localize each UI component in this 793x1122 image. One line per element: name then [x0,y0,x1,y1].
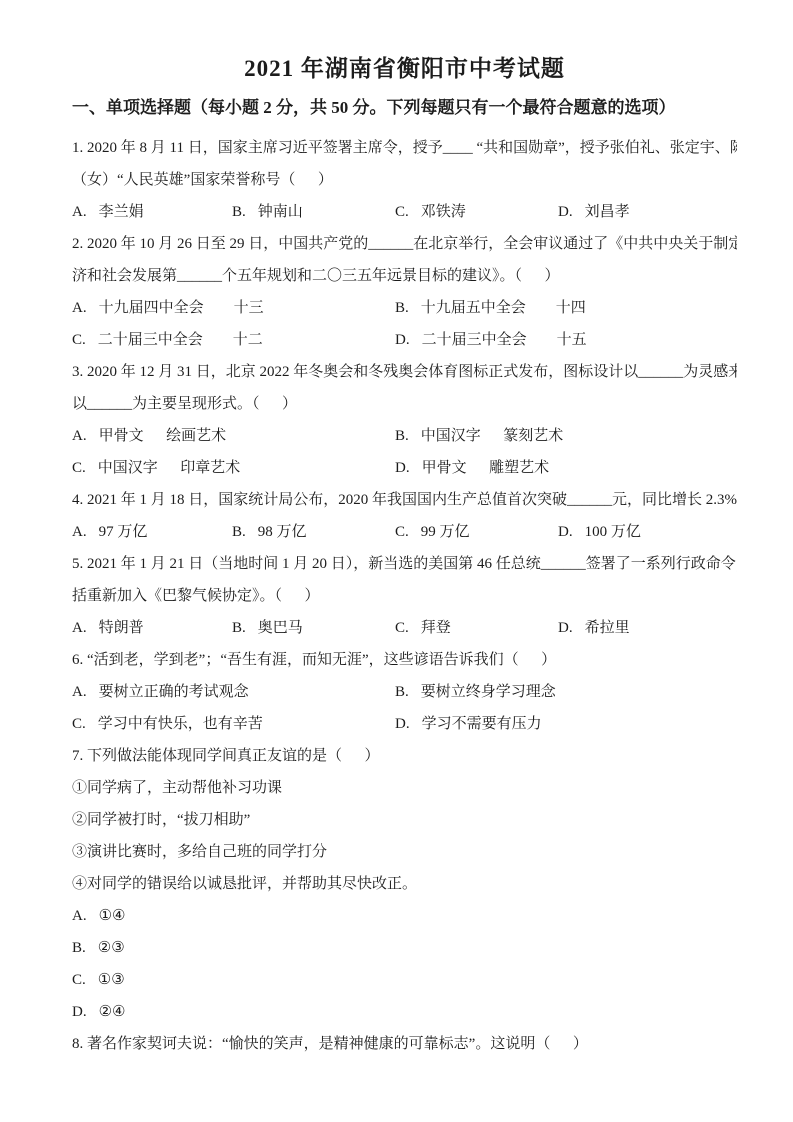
question-1: 1. 2020 年 8 月 11 日，国家主席习近平签署主席令，授予____ “… [72,132,737,228]
option-b: B.奥巴马 [232,612,395,644]
question-8: 8. 著名作家契诃夫说：“愉快的笑声，是精神健康的可靠标志”。这说明（ ） [72,1028,737,1060]
option-label: B. [232,516,246,548]
option-text: 十九届四中全会 十三 [99,292,264,324]
option-label: B. [232,196,246,228]
page-title: 2021 年湖南省衡阳市中考试题 [72,52,737,86]
option-d: D.希拉里 [558,612,737,644]
option-label: D. [395,324,410,356]
option-text: 甲骨文 绘画艺术 [99,420,227,452]
option-d: D.二十届三中全会 十五 [395,324,737,356]
option-text: 98 万亿 [258,516,307,548]
question-1-line-1: 1. 2020 年 8 月 11 日，国家主席习近平签署主席令，授予____ “… [72,132,737,164]
question-4: 4. 2021 年 1 月 18 日，国家统计局公布，2020 年我国国内生产总… [72,484,737,548]
question-5: 5. 2021 年 1 月 21 日（当地时间 1 月 20 日），新当选的美国… [72,548,737,644]
option-label: D. [558,516,573,548]
option-d: D.刘昌孝 [558,196,737,228]
option-text: 99 万亿 [421,516,470,548]
exam-document-page: 2021 年湖南省衡阳市中考试题 一、单项选择题（每小题 2 分，共 50 分。… [0,0,793,1122]
option-c: C.①③ [72,964,737,996]
option-d: D.②④ [72,996,737,1028]
option-label: A. [72,292,87,324]
option-label: B. [395,292,409,324]
question-7-statement-4: ④对同学的错误给以诚恳批评，并帮助其尽快改正。 [72,868,737,900]
option-label: C. [72,324,86,356]
option-text: 要树立正确的考试观念 [99,676,249,708]
option-text: 100 万亿 [585,516,641,548]
option-d: D.甲骨文 雕塑艺术 [395,452,737,484]
option-a: A.要树立正确的考试观念 [72,676,395,708]
option-label: B. [232,612,246,644]
option-label: A. [72,196,87,228]
option-a: A.甲骨文 绘画艺术 [72,420,395,452]
option-label: D. [72,996,87,1028]
question-2-line-2: 济和社会发展第______个五年规划和二〇三五年远景目标的建议》。（ ） [72,260,737,292]
question-1-options: A.李兰娟 B.钟南山 C.邓铁涛 D.刘昌孝 [72,196,737,228]
option-label: A. [72,420,87,452]
option-label: C. [72,452,86,484]
question-4-line-1: 4. 2021 年 1 月 18 日，国家统计局公布，2020 年我国国内生产总… [72,484,737,516]
question-3-line-1: 3. 2020 年 12 月 31 日，北京 2022 年冬奥会和冬残奥会体育图… [72,356,737,388]
option-d: D.学习不需要有压力 [395,708,737,740]
option-a: A.①④ [72,900,737,932]
question-7: 7. 下列做法能体现同学间真正友谊的是（ ） ①同学病了，主动帮他补习功课 ②同… [72,740,737,1028]
option-c: C.二十届三中全会 十二 [72,324,395,356]
option-text: 学习不需要有压力 [422,708,542,740]
question-2-line-1: 2. 2020 年 10 月 26 日至 29 日，中国共产党的______在北… [72,228,737,260]
option-a: A.李兰娟 [72,196,232,228]
option-text: 刘昌孝 [585,196,630,228]
option-text: 中国汉字 印章艺术 [98,452,241,484]
option-text: ②④ [99,996,126,1028]
option-label: D. [395,452,410,484]
option-a: A.十九届四中全会 十三 [72,292,395,324]
option-c: C.中国汉字 印章艺术 [72,452,395,484]
question-6-line-1: 6. “活到老，学到老”；“吾生有涯，而知无涯”，这些谚语告诉我们（ ） [72,644,737,676]
question-2: 2. 2020 年 10 月 26 日至 29 日，中国共产党的______在北… [72,228,737,356]
option-text: 李兰娟 [99,196,144,228]
option-b: B.要树立终身学习理念 [395,676,737,708]
section-heading: 一、单项选择题（每小题 2 分，共 50 分。下列每题只有一个最符合题意的选项） [72,94,737,122]
option-label: D. [558,612,573,644]
option-c: C.拜登 [395,612,558,644]
question-7-statement-1: ①同学病了，主动帮他补习功课 [72,772,737,804]
option-label: C. [395,196,409,228]
question-8-line-1: 8. 著名作家契诃夫说：“愉快的笑声，是精神健康的可靠标志”。这说明（ ） [72,1028,737,1060]
option-a: A.特朗普 [72,612,232,644]
question-1-line-2: （女）“人民英雄”国家荣誉称号（ ） [72,164,737,196]
option-label: D. [558,196,573,228]
option-text: 希拉里 [585,612,630,644]
option-text: 中国汉字 篆刻艺术 [421,420,564,452]
question-3-line-2: 以______为主要呈现形式。（ ） [72,388,737,420]
option-label: B. [395,420,409,452]
question-5-line-1: 5. 2021 年 1 月 21 日（当地时间 1 月 20 日），新当选的美国… [72,548,737,580]
question-7-line-1: 7. 下列做法能体现同学间真正友谊的是（ ） [72,740,737,772]
option-text: 要树立终身学习理念 [421,676,556,708]
option-label: A. [72,900,87,932]
option-label: C. [72,964,86,996]
option-label: C. [395,612,409,644]
option-label: A. [72,612,87,644]
option-text: 甲骨文 雕塑艺术 [422,452,550,484]
question-5-options: A.特朗普 B.奥巴马 C.拜登 D.希拉里 [72,612,737,644]
option-text: 97 万亿 [99,516,148,548]
option-label: B. [395,676,409,708]
option-label: A. [72,676,87,708]
option-label: D. [395,708,410,740]
option-c: C.99 万亿 [395,516,558,548]
option-b: B.②③ [72,932,737,964]
question-7-statement-2: ②同学被打时，“拔刀相助” [72,804,737,836]
option-label: C. [72,708,86,740]
option-b: B.钟南山 [232,196,395,228]
question-5-line-2: 括重新加入《巴黎气候协定》。（ ） [72,580,737,612]
option-text: 拜登 [421,612,451,644]
option-text: 十九届五中全会 十四 [421,292,586,324]
option-b: B.十九届五中全会 十四 [395,292,737,324]
option-text: ①③ [98,964,125,996]
option-text: ②③ [98,932,125,964]
option-text: 学习中有快乐，也有辛苦 [98,708,263,740]
question-6: 6. “活到老，学到老”；“吾生有涯，而知无涯”，这些谚语告诉我们（ ） A.要… [72,644,737,740]
option-d: D.100 万亿 [558,516,737,548]
option-text: 邓铁涛 [421,196,466,228]
question-4-options: A.97 万亿 B.98 万亿 C.99 万亿 D.100 万亿 [72,516,737,548]
option-text: 钟南山 [258,196,303,228]
option-text: 特朗普 [99,612,144,644]
option-b: B.中国汉字 篆刻艺术 [395,420,737,452]
option-label: B. [72,932,86,964]
option-text: ①④ [99,900,126,932]
option-c: C.邓铁涛 [395,196,558,228]
option-text: 奥巴马 [258,612,303,644]
question-7-statement-3: ③演讲比赛时，多给自己班的同学打分 [72,836,737,868]
option-label: C. [395,516,409,548]
option-text: 二十届三中全会 十二 [98,324,263,356]
option-a: A.97 万亿 [72,516,232,548]
option-label: A. [72,516,87,548]
option-c: C.学习中有快乐，也有辛苦 [72,708,395,740]
option-b: B.98 万亿 [232,516,395,548]
question-3: 3. 2020 年 12 月 31 日，北京 2022 年冬奥会和冬残奥会体育图… [72,356,737,484]
question-3-options: A.甲骨文 绘画艺术 B.中国汉字 篆刻艺术 C.中国汉字 印章艺术 D.甲骨文… [72,420,737,484]
option-text: 二十届三中全会 十五 [422,324,587,356]
question-6-options: A.要树立正确的考试观念 B.要树立终身学习理念 C.学习中有快乐，也有辛苦 D… [72,676,737,740]
question-2-options: A.十九届四中全会 十三 B.十九届五中全会 十四 C.二十届三中全会 十二 D… [72,292,737,356]
